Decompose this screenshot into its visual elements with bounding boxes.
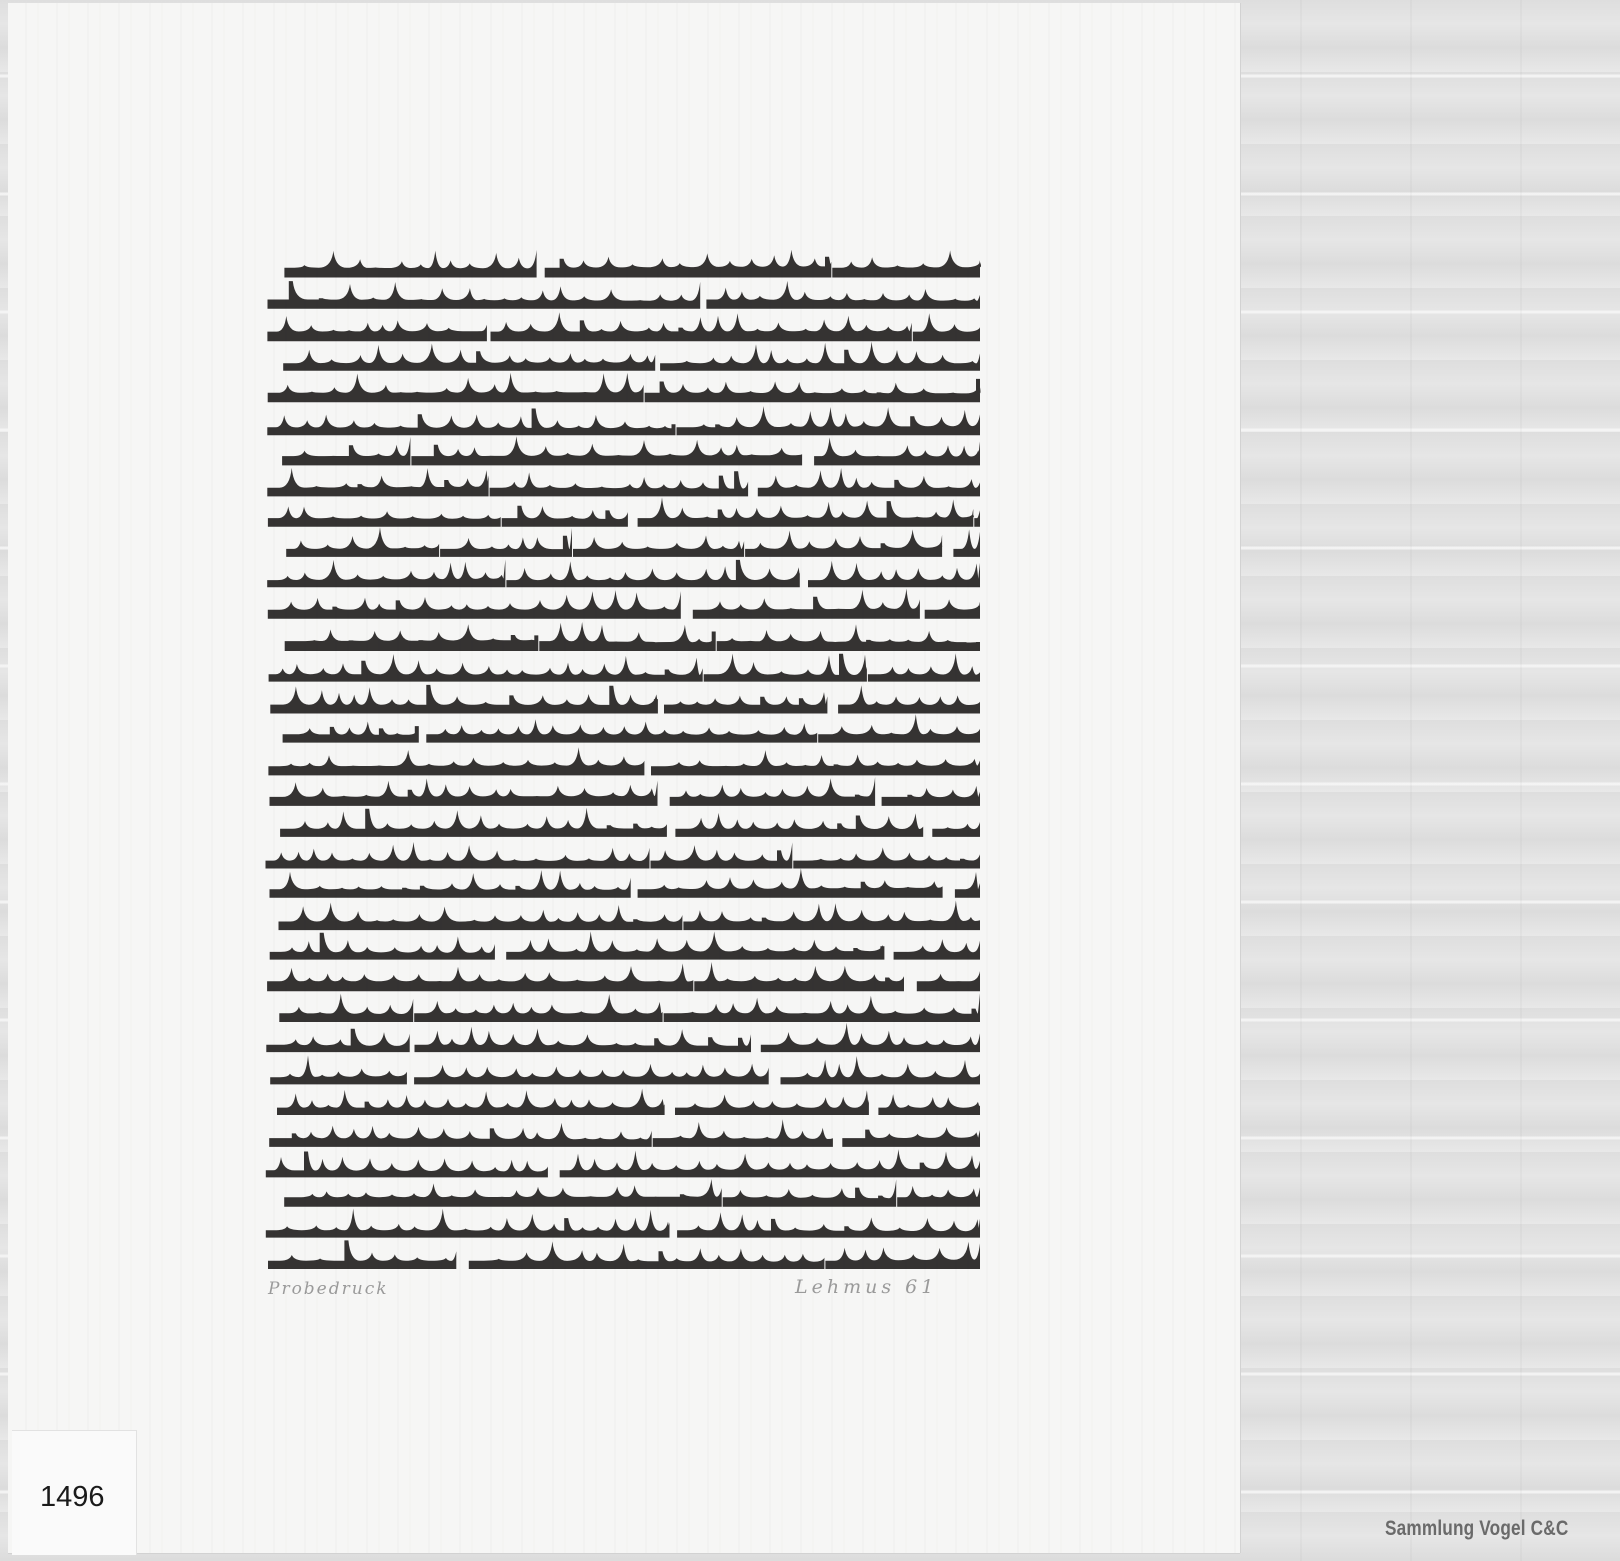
pencil-annotation-proof: Probedruck	[268, 1279, 389, 1299]
artist-signature: Lehmus 61	[795, 1276, 937, 1298]
scallop-pattern	[265, 250, 982, 1272]
inventory-number: 1496	[40, 1481, 105, 1514]
inventory-label: 1496	[12, 1430, 137, 1555]
scanner-texture	[1240, 0, 1620, 1561]
woodcut-print	[265, 250, 982, 1272]
collection-caption: Sammlung Vogel C&C	[1385, 1517, 1568, 1541]
